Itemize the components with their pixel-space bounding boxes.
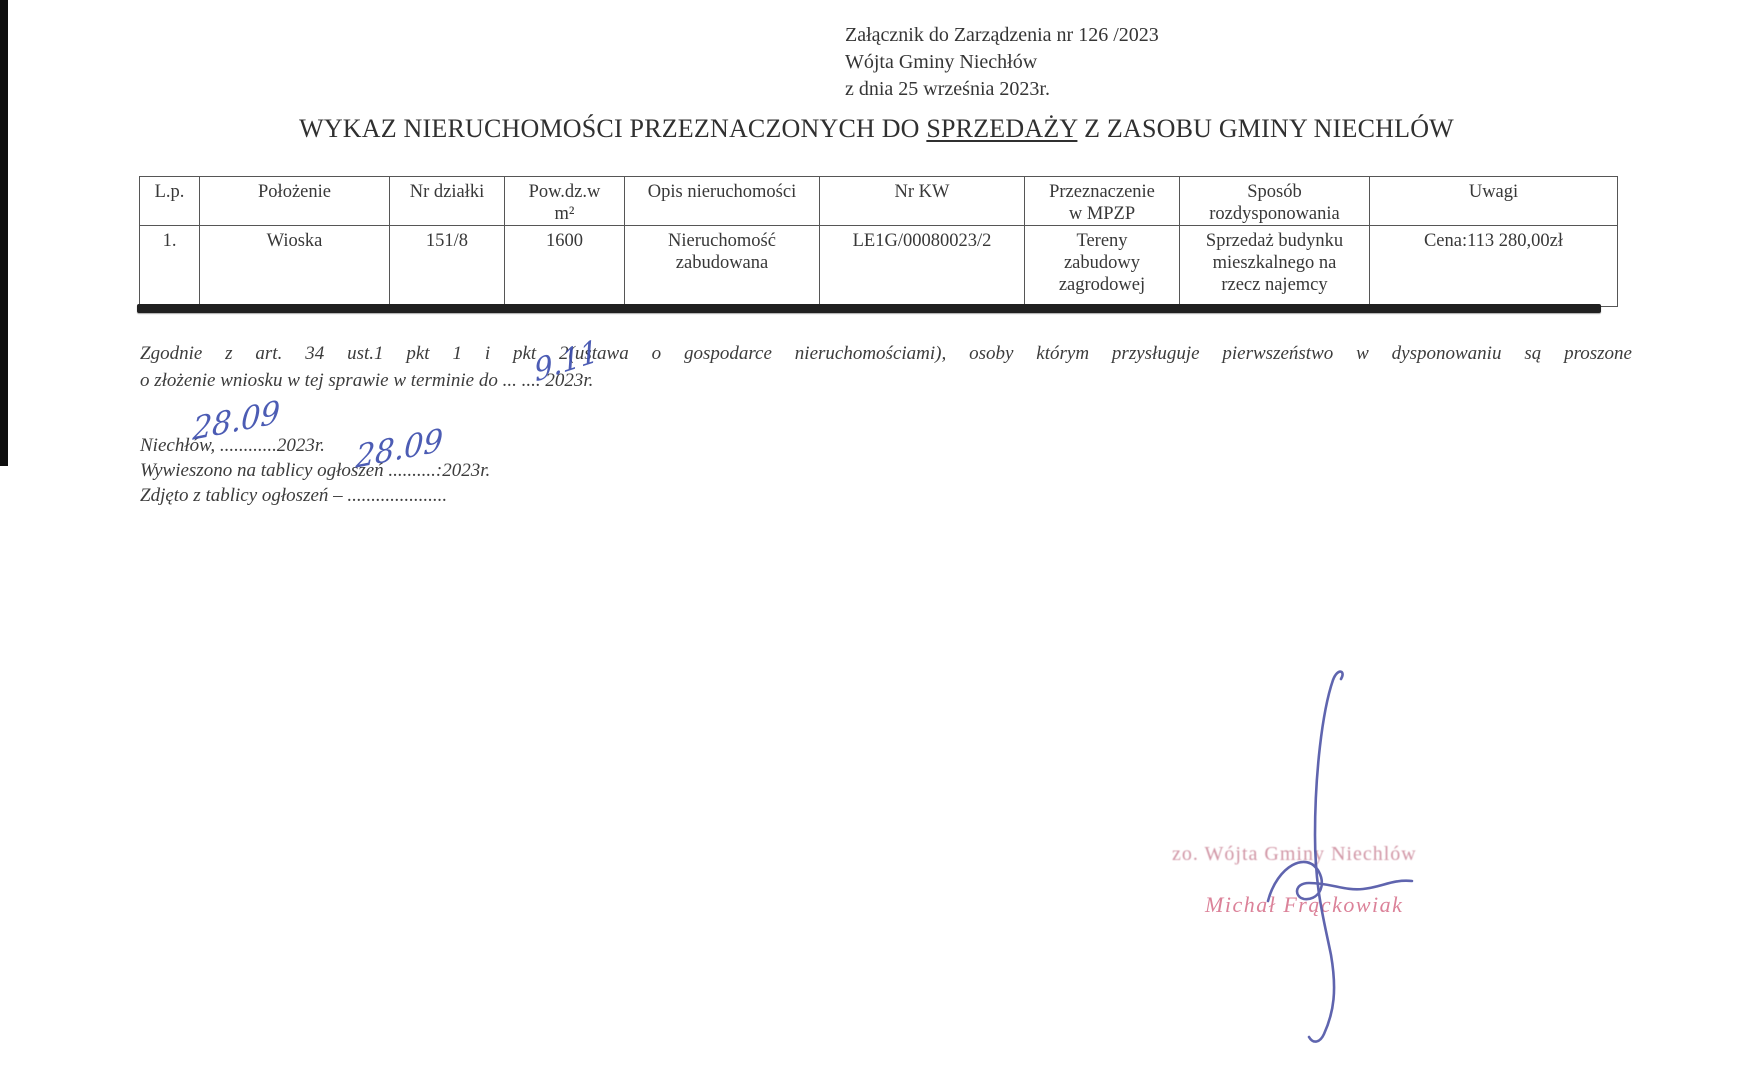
col-header-przeznaczenie: Przeznaczenie w MPZP (1025, 177, 1180, 226)
scanned-document-page: Załącznik do Zarządzenia nr 126 /2023 Wó… (0, 0, 1753, 1066)
stamp-authority-line: zo. Wójta Gminy Niechlów (1172, 843, 1417, 866)
removed-from-board-line: Zdjęto z tablicy ogłoszeń – ............… (140, 483, 490, 508)
cell-polozenie: Wioska (200, 226, 390, 307)
notice-line-1: Zgodnie z art. 34 ust.1 pkt 1 i pkt 2(us… (140, 340, 1632, 367)
col-header-opis: Opis nieruchomości (625, 177, 820, 226)
cell-lp: 1. (140, 226, 200, 307)
posted-on-board-line: Wywieszono na tablicy ogłoszeń .........… (140, 458, 490, 483)
attachment-line-3: z dnia 25 września 2023r. (845, 76, 1159, 103)
place-date-line: Niechłów, ............2023r. (140, 433, 490, 458)
scan-edge-artifact (0, 0, 8, 466)
stamp-name-line: Michał Frąckowiak (1205, 892, 1403, 918)
signature-ink (0, 0, 1753, 1066)
col-header-lp: L.p. (140, 177, 200, 226)
title-part-1: WYKAZ NIERUCHOMOŚCI PRZEZNACZONYCH DO (299, 114, 926, 143)
title-part-2: Z ZASOBU GMINY NIECHLÓW (1077, 114, 1453, 143)
attachment-line-2: Wójta Gminy Niechłów (845, 49, 1159, 76)
property-listing-table: L.p. Położenie Nr działki Pow.dz.w m² Op… (139, 176, 1618, 307)
col-header-polozenie: Położenie (200, 177, 390, 226)
cell-opis: Nieruchomość zabudowana (625, 226, 820, 307)
title-underlined-word: SPRZEDAŻY (926, 114, 1077, 143)
cell-nr-kw: LE1G/00080023/2 (820, 226, 1025, 307)
col-header-uwagi: Uwagi (1370, 177, 1618, 226)
notice-line-2: o złożenie wniosku w tej sprawie w termi… (140, 367, 1632, 394)
table-row: 1. Wioska 151/8 1600 Nieruchomość zabudo… (140, 226, 1618, 307)
legal-notice-paragraph: Zgodnie z art. 34 ust.1 pkt 1 i pkt 2(us… (140, 340, 1632, 394)
col-header-sposob: Sposób rozdysponowania (1180, 177, 1370, 226)
cell-powierzchnia: 1600 (505, 226, 625, 307)
document-title: WYKAZ NIERUCHOMOŚCI PRZEZNACZONYCH DO SP… (0, 114, 1753, 144)
table-header-row: L.p. Położenie Nr działki Pow.dz.w m² Op… (140, 177, 1618, 226)
attachment-line-1: Załącznik do Zarządzenia nr 126 /2023 (845, 22, 1159, 49)
cell-sposob: Sprzedaż budynku mieszkalnego na rzecz n… (1180, 226, 1370, 307)
col-header-powierzchnia: Pow.dz.w m² (505, 177, 625, 226)
cell-uwagi-cena: Cena:113 280,00zł (1370, 226, 1618, 307)
col-header-nr-kw: Nr KW (820, 177, 1025, 226)
table-thick-bottom-border (137, 304, 1601, 313)
col-header-nr-dzialki: Nr działki (390, 177, 505, 226)
cell-przeznaczenie: Tereny zabudowy zagrodowej (1025, 226, 1180, 307)
attachment-header: Załącznik do Zarządzenia nr 126 /2023 Wó… (845, 22, 1159, 103)
cell-nr-dzialki: 151/8 (390, 226, 505, 307)
footer-date-lines: Niechłów, ............2023r. Wywieszono … (140, 433, 490, 508)
